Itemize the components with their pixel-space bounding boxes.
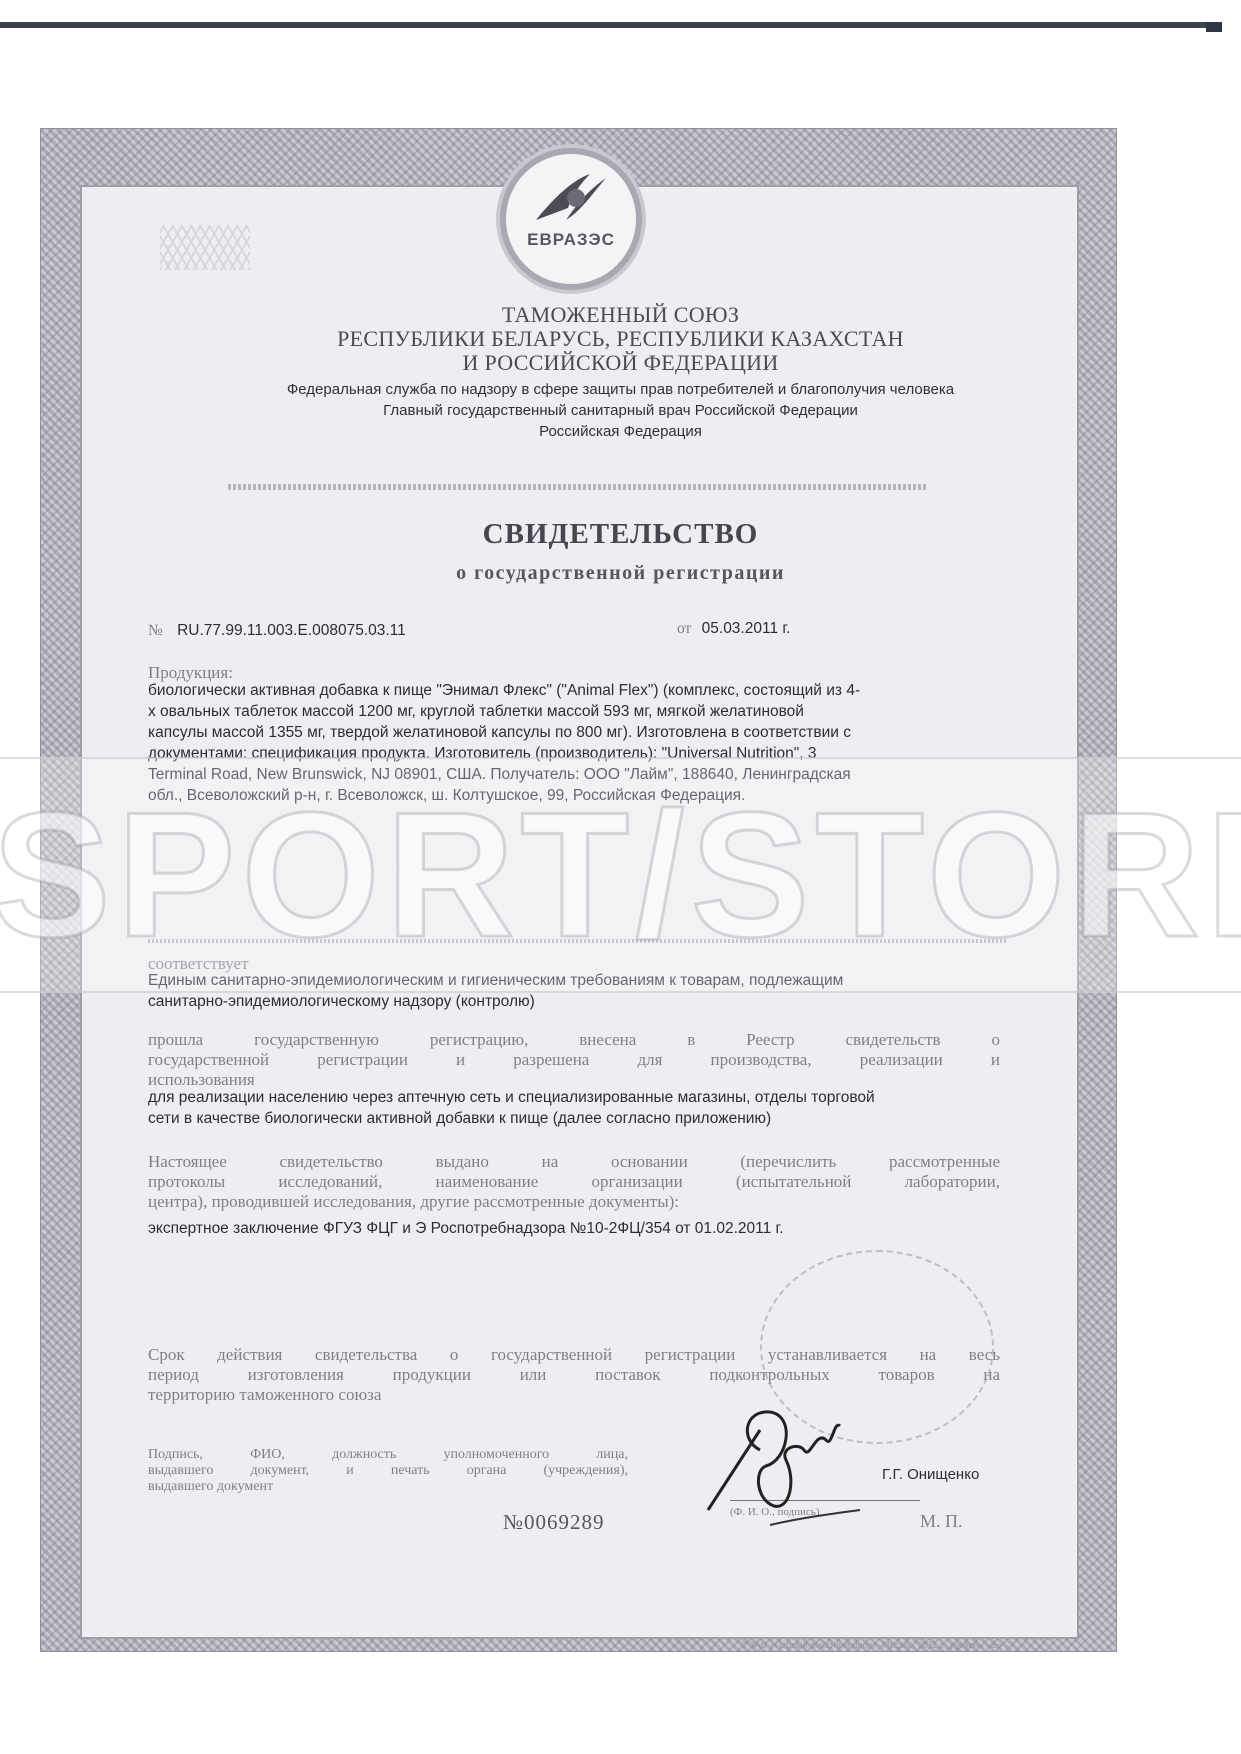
agency-line2: Главный государственный санитарный врач …	[0, 401, 1241, 421]
certificate-title: СВИДЕТЕЛЬСТВО	[0, 518, 1241, 551]
validity-line: территорию таможенного союза	[148, 1385, 381, 1404]
basis-value: экспертное заключение ФГУЗ ФЦГ и Э Роспо…	[148, 1218, 784, 1239]
agency-line1: Федеральная служба по надзору в сфере за…	[0, 380, 1241, 400]
stamp-mark: М. П.	[920, 1512, 963, 1531]
validity-line: Срок действия свидетельства о государств…	[148, 1345, 1000, 1364]
conformity-line: Единым санитарно-эпидемиологическим и ги…	[148, 970, 843, 991]
issuer-fine-print-line	[228, 484, 928, 490]
date-prefix: от	[677, 620, 691, 637]
number-prefix: №	[148, 622, 163, 639]
registered-line: для реализации населению через аптечную …	[148, 1087, 875, 1108]
signature-label-line: выдавшего документ	[148, 1479, 273, 1495]
product-line: х овальных таблеток массой 1200 мг, круг…	[148, 701, 804, 722]
product-line: обл., Всеволожский р-н, г. Всеволожск, ш…	[148, 785, 745, 806]
conformity-line: санитарно-эпидемиологическому надзору (к…	[148, 991, 535, 1012]
registration-number: RU.77.99.11.003.Е.008075.03.11	[177, 622, 406, 639]
signature-label-line: выдавшего документ, и печать органа (учр…	[148, 1463, 628, 1479]
registered-label-line: прошла государственную регистрацию, внес…	[148, 1030, 1000, 1049]
basis-label-line: центра), проводившей исследования, други…	[148, 1192, 679, 1211]
form-number: №0069289	[503, 1512, 605, 1533]
product-line: документами: спецификация продукта. Изго…	[148, 743, 817, 764]
union-title-line3: И РОССИЙСКОЙ ФЕДЕРАЦИИ	[0, 350, 1241, 376]
handwritten-signature	[700, 1390, 880, 1530]
validity-line: период изготовления продукции или постав…	[148, 1365, 1000, 1384]
union-title-line2: РЕСПУБЛИКИ БЕЛАРУСЬ, РЕСПУБЛИКИ КАЗАХСТА…	[0, 326, 1241, 352]
product-line: капсулы массой 1355 мг, твердой желатино…	[148, 722, 851, 743]
product-line: Terminal Road, New Brunswick, NJ 08901, …	[148, 764, 851, 785]
agency-line3: Российская Федерация	[0, 422, 1241, 442]
registration-number-row: № RU.77.99.11.003.Е.008075.03.11	[148, 620, 406, 641]
registered-label-line: государственной регистрации и разрешена …	[148, 1050, 1000, 1069]
signature-label-line: Подпись, ФИО, должность уполномоченного …	[148, 1447, 628, 1463]
union-title-line1: ТАМОЖЕННЫЙ СОЮЗ	[0, 302, 1241, 328]
registration-date: 05.03.2011 г.	[702, 620, 791, 637]
registered-line: сети в качестве биологически активной до…	[148, 1108, 771, 1129]
basis-label-line: протоколы исследований, наименование орг…	[148, 1172, 1000, 1191]
printer-footnote: © ЗАО «Первый печатный двор», Москва, 20…	[740, 1640, 1002, 1650]
certificate-subtitle: о государственной регистрации	[0, 562, 1241, 585]
product-line: биологически активная добавка к пище "Эн…	[148, 680, 860, 701]
section-separator	[148, 939, 1008, 943]
registration-date-row: от 05.03.2011 г.	[677, 618, 790, 639]
basis-label-line: Настоящее свидетельство выдано на основа…	[148, 1152, 1000, 1171]
signer-name: Г.Г. Онищенко	[882, 1464, 979, 1485]
